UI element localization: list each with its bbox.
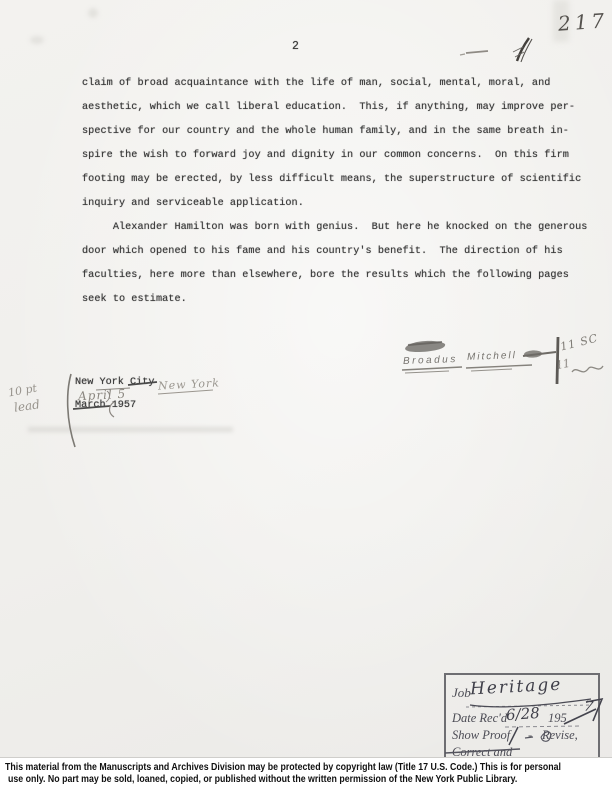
arrow-blob <box>524 350 542 358</box>
arrow-line <box>523 352 556 356</box>
smudge-mark <box>28 427 233 432</box>
stamp-date-tail-handwritten: 7 <box>583 698 594 715</box>
signature-last-name: Mitchell <box>467 350 517 363</box>
page-number: 2 <box>292 40 299 53</box>
year-typed-text: 1957 <box>106 400 137 411</box>
receiving-stamp-box: Job Heritage Date Rec'd 6/28 195 7 Show … <box>444 673 600 762</box>
underline-mitchell-2 <box>471 369 512 371</box>
typescript-body: claim of broad acquaintance with the lif… <box>82 72 582 312</box>
typescript-line: faculties, here more than elsewhere, bor… <box>82 264 582 288</box>
typescript-line: inquiry and serviceable application. <box>82 192 582 216</box>
signature-first-name: Broadus <box>403 354 458 367</box>
underline-broadus-2 <box>405 371 449 373</box>
pen-hatch-marks <box>513 47 524 57</box>
stamp-date-printed: 195 <box>548 711 567 726</box>
pencil-note-bottom: 11 <box>555 357 571 372</box>
typescript-line: door which opened to his fame and his co… <box>82 240 582 264</box>
smudge-mark <box>88 8 98 18</box>
stamp-job-label: Job <box>452 685 471 701</box>
stamp-dash: - <box>528 728 532 743</box>
typescript-line: seek to estimate. <box>82 288 582 312</box>
typescript-line: footing may be erected, by less difficul… <box>82 168 582 192</box>
pen-check-mark-2 <box>521 39 532 62</box>
margin-note-line1: 10 pt <box>7 382 38 400</box>
dash-mark-small <box>460 54 465 55</box>
typescript-line: Alexander Hamilton was born with genius.… <box>82 216 582 240</box>
underline-mitchell <box>466 365 532 368</box>
pen-check-mark <box>517 38 529 61</box>
typescript-line: claim of broad acquaintance with the lif… <box>82 72 582 96</box>
margin-bracket-line <box>68 374 75 447</box>
underline-broadus <box>402 367 462 370</box>
smudge-mark <box>30 36 44 44</box>
typescript-line: spire the wish to forward joy and dignit… <box>82 144 582 168</box>
handwritten-month: April 5 <box>78 387 127 404</box>
ink-blot <box>405 341 445 352</box>
stamp-show-proof-label: Show Proof <box>452 728 510 743</box>
typescript-line: spective for our country and the whole h… <box>82 120 582 144</box>
copyright-line-2: use only. No part may be sold, loaned, c… <box>8 774 540 785</box>
pencil-squiggle <box>572 366 603 372</box>
copyright-line-1: This material from the Manuscripts and A… <box>5 762 539 773</box>
typescript-line: aesthetic, which we call liberal educati… <box>82 96 582 120</box>
dash-mark <box>466 51 488 53</box>
margin-note-line2: lead <box>13 397 40 414</box>
stamp-revise-option: Revise, <box>542 728 578 743</box>
copyright-footer: This material from the Manuscripts and A… <box>0 757 612 792</box>
stamp-date-label: Date Rec'd <box>452 711 507 726</box>
city-struck-word: City <box>130 377 154 388</box>
folio-number-handwritten: 217 <box>557 8 609 35</box>
pencil-note-top: 11 SC <box>559 332 599 354</box>
stamp-job-value-handwritten: Heritage <box>470 675 563 700</box>
stamp-date-handwritten: 6/28 <box>505 704 540 724</box>
handwritten-city: New York <box>158 376 221 392</box>
ink-blot-streak <box>408 342 442 345</box>
scanned-manuscript-page: 2 217 claim of broad acquaintance with t… <box>0 0 612 792</box>
